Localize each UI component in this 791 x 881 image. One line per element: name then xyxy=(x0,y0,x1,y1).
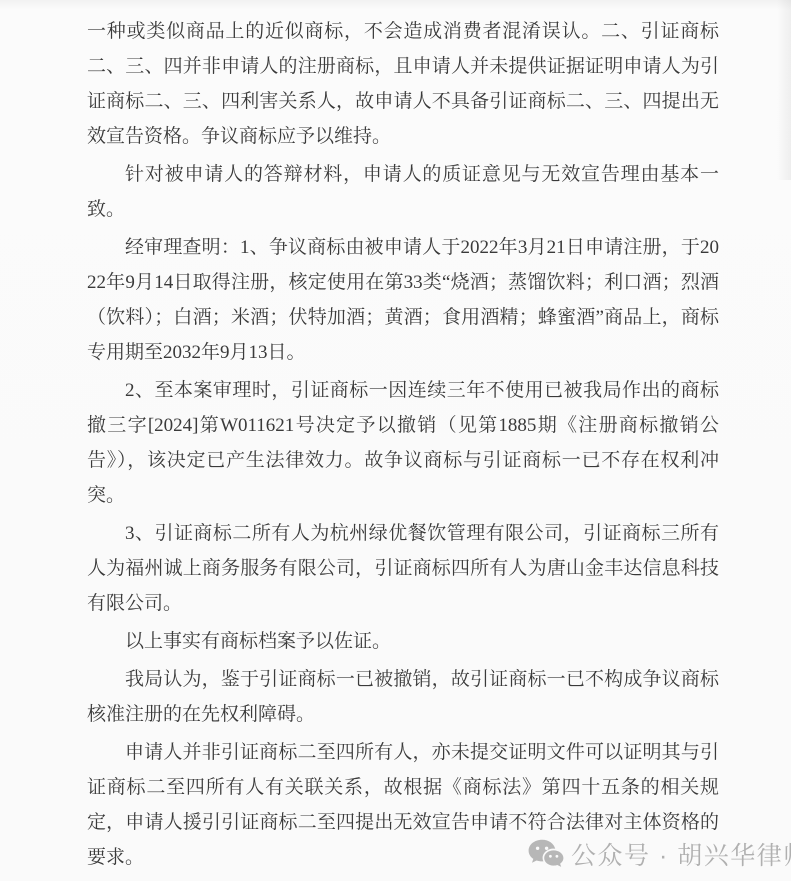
paragraph: 申请人并非引证商标二至四所有人，亦未提交证明文件可以证明其与引证商标二至四所有人… xyxy=(87,735,719,875)
paragraph: 经审理查明：1、争议商标由被申请人于2022年3月21日申请注册，于2022年9… xyxy=(87,230,719,370)
paragraph: 针对被申请人的答辩材料，申请人的质证意见与无效宣告理由基本一致。 xyxy=(87,157,719,227)
paragraph: 3、引证商标二所有人为杭州绿优餐饮管理有限公司，引证商标三所有人为福州诚上商务服… xyxy=(87,516,719,621)
paragraph: 我局认为，鉴于引证商标一已被撤销，故引证商标一已不构成争议商标核准注册的在先权利… xyxy=(87,662,719,732)
paragraph: 一种或类似商品上的近似商标，不会造成消费者混淆误认。二、引证商标二、三、四并非申… xyxy=(87,14,719,154)
document-page: 一种或类似商品上的近似商标，不会造成消费者混淆误认。二、引证商标二、三、四并非申… xyxy=(0,0,791,881)
paragraph: 2、至本案审理时，引证商标一因连续三年不使用已被我局作出的商标撤三字[2024]… xyxy=(87,373,719,513)
paragraph: 以上事实有商标档案予以佐证。 xyxy=(87,624,719,659)
document-body: 一种或类似商品上的近似商标，不会造成消费者混淆误认。二、引证商标二、三、四并非申… xyxy=(87,14,719,878)
